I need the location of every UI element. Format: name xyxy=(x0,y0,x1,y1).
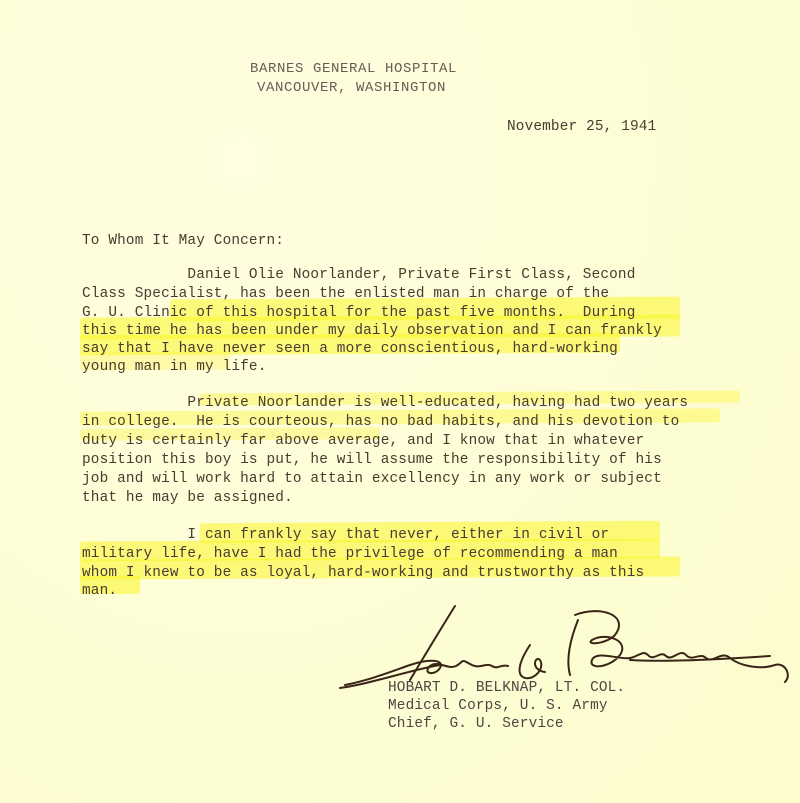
signer-title-1: Medical Corps, U. S. Army xyxy=(388,697,608,715)
paragraph-line: duty is certainly far above average, and… xyxy=(82,432,644,450)
paragraph-line: military life, have I had the privilege … xyxy=(82,545,618,563)
paragraph-line: man. xyxy=(82,582,117,600)
paragraph-line: Private Noorlander is well-educated, hav… xyxy=(82,394,688,412)
paragraph-line: that he may be assigned. xyxy=(82,489,293,507)
paragraph-line: young man in my life. xyxy=(82,358,267,376)
paragraph-line: whom I knew to be as loyal, hard-working… xyxy=(82,564,644,582)
paragraph-line: Class Specialist, has been the enlisted … xyxy=(82,285,609,303)
paragraph-line: this time he has been under my daily obs… xyxy=(82,322,662,340)
paragraph-line: position this boy is put, he will assume… xyxy=(82,451,662,469)
letter-date: November 25, 1941 xyxy=(507,118,656,136)
letter-page: BARNES GENERAL HOSPITAL VANCOUVER, WASHI… xyxy=(0,0,800,803)
paragraph-line: Daniel Olie Noorlander, Private First Cl… xyxy=(82,266,636,284)
paragraph-line: G. U. Clinic of this hospital for the pa… xyxy=(82,304,636,322)
letterhead-line1: BARNES GENERAL HOSPITAL xyxy=(250,60,457,78)
salutation: To Whom It May Concern: xyxy=(82,232,284,250)
signer-name: HOBART D. BELKNAP, LT. COL. xyxy=(388,679,625,697)
paragraph-line: I can frankly say that never, either in … xyxy=(82,526,609,544)
signer-title-2: Chief, G. U. Service xyxy=(388,715,564,733)
letterhead-line2: VANCOUVER, WASHINGTON xyxy=(257,79,446,97)
paragraph-line: say that I have never seen a more consci… xyxy=(82,340,618,358)
paragraph-line: job and will work hard to attain excelle… xyxy=(82,470,662,488)
paragraph-line: in college. He is courteous, has no bad … xyxy=(82,413,679,431)
